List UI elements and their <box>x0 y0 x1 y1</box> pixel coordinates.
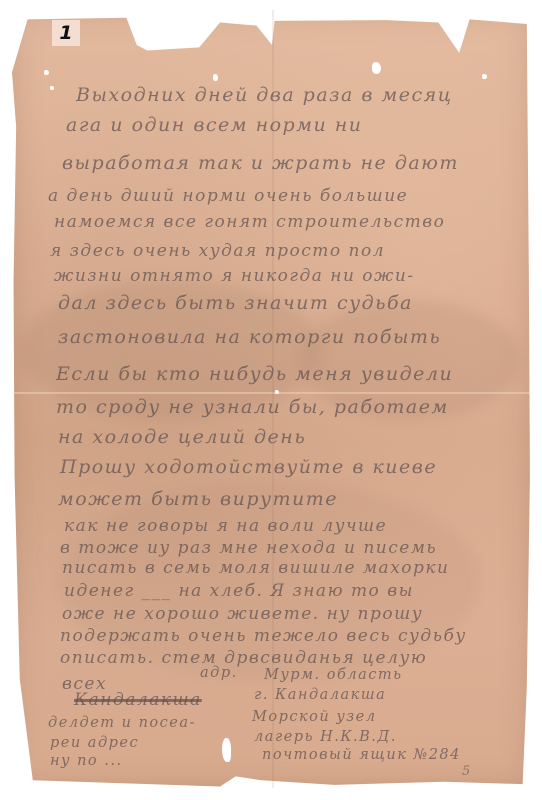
letter-line: в тоже иу раз мне нехода и писемь <box>60 540 437 557</box>
address-line: Мурм. область <box>264 668 403 683</box>
letter-line: застоновила на которги побыть <box>58 328 441 347</box>
footer-mark: 5 <box>462 764 470 779</box>
letter-line: писать в семь моля вишиле махорки <box>62 560 450 577</box>
letter-line: как не говоры я на воли лучше <box>64 518 387 535</box>
left-note-line: делдет и посеа- <box>48 716 196 731</box>
paper-hole <box>44 70 49 75</box>
paper-hole <box>482 74 487 79</box>
paper-hole <box>50 86 54 90</box>
letter-line: Выходних дней два раза в месяц <box>76 86 452 105</box>
address-line: лагерь Н.К.В.Д. <box>254 730 397 745</box>
paper-hole <box>222 738 231 762</box>
letter-line: а день дший норми очень большие <box>48 188 408 205</box>
letter-line: подержать очень тежело весь судьбу <box>60 628 467 645</box>
letter-line: Если бы кто нибудь меня увидели <box>56 365 453 384</box>
address-line: г. Кандалакша <box>254 688 386 703</box>
left-note-line: ну по ... <box>50 754 123 769</box>
letter-line: иденег ___ на хлеб. Я знаю то вы <box>64 583 414 600</box>
left-note-line: реи адрес <box>50 736 139 751</box>
page-number-text: 1 <box>59 22 72 44</box>
letter-line: оже не хорошо живете. ну прошу <box>62 606 423 623</box>
scanned-letter-page: 1 Выходних дней два раза в месяц ага и о… <box>0 0 542 800</box>
address-line: почтовый ящик №284 <box>262 748 461 763</box>
letter-line: Прошу ходотойствуйте в киеве <box>60 458 437 477</box>
letter-line: ага и один всем норми ни <box>66 116 362 135</box>
letter-line: на холоде целий день <box>58 428 306 447</box>
letter-line: я здесь очень худая просто пол <box>50 243 385 260</box>
letter-line: дал здесь быть значит судьба <box>58 294 413 313</box>
letter-line: то сроду не узнали бы, работаем <box>56 398 449 417</box>
page-number-label: 1 <box>52 20 80 46</box>
letter-line: намоемся все гонят строительство <box>54 214 445 231</box>
address-marker: адр. <box>200 666 238 681</box>
letter-line: выработая так и жрать не дают <box>62 154 459 173</box>
letter-line: описать. стем дрвсвиданья целую <box>60 650 427 667</box>
address-line: Морской узел <box>252 710 376 725</box>
letter-line: может быть вирутите <box>58 490 338 509</box>
letter-line: жизни отнято я никогда ни ожи- <box>54 268 415 285</box>
paper-hole <box>372 62 381 74</box>
struck-out-word: Кандалакша <box>74 692 202 709</box>
paper-hole <box>213 74 218 81</box>
paper-hole <box>275 390 279 394</box>
